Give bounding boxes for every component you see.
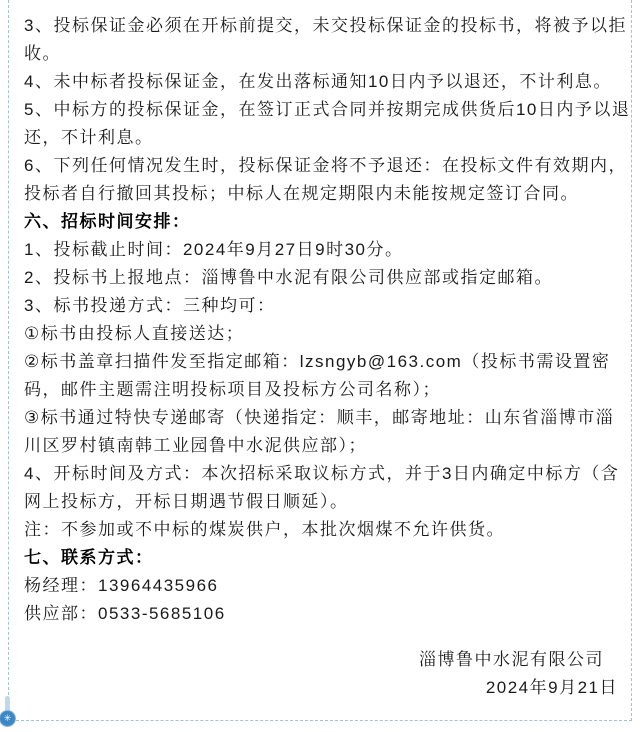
document-line: ③标书通过特快专递邮寄（快递指定：顺丰，邮寄地址：山东省淄博市淄: [0, 404, 642, 432]
document-line: 注：不参加或不中标的煤炭供户，本批次烟煤不允许供货。: [0, 516, 642, 544]
document-content: 3、投标保证金必须在开标前提交，未交投标保证金的投标书，将被予以拒收。4、未中标…: [0, 12, 642, 702]
document-line: 4、未中标者投标保证金，在发出落标通知10日内予以退还，不计利息。: [0, 68, 642, 96]
document-line: 投标者自行撤回其投标；中标人在规定期限内未能按规定签订合同。: [0, 180, 642, 208]
signature-date: 2024年9月21日: [0, 674, 642, 702]
document-line: 2、投标书上报地点：淄博鲁中水泥有限公司供应部或指定邮箱。: [0, 264, 642, 292]
signature-company: 淄博鲁中水泥有限公司: [0, 646, 642, 674]
document-line: 3、标书投递方式：三种均可：: [0, 292, 642, 320]
section-heading-7: 七、联系方式：: [0, 544, 642, 572]
document-line: 还，不计利息。: [0, 124, 642, 152]
frame-dashed-border-right: [631, 0, 632, 721]
selection-handle-icon[interactable]: ✳: [0, 711, 15, 726]
contact-manager-phone: 杨经理：13964435966: [0, 572, 642, 600]
document-line: 4、开标时间及方式：本次招标采取议标方式，并于3日内确定中标方（含: [0, 460, 642, 488]
frame-dashed-border-left: [8, 0, 9, 700]
asterisk-icon: ✳: [4, 713, 12, 723]
contact-supply-dept-phone: 供应部：0533-5685106: [0, 600, 642, 628]
document-line: 1、投标截止时间：2024年9月27日9时30分。: [0, 236, 642, 264]
document-line: 5、中标方的投标保证金，在签订正式合同并按期完成供货后10日内予以退: [0, 96, 642, 124]
document-line: 码，邮件主题需注明投标项目及投标方公司名称）；: [0, 376, 642, 404]
document-line: 3、投标保证金必须在开标前提交，未交投标保证金的投标书，将被予以拒: [0, 12, 642, 40]
section-heading-6: 六、招标时间安排：: [0, 208, 642, 236]
document-line: 收。: [0, 40, 642, 68]
frame-dashed-border-bottom: [16, 720, 632, 721]
document-line: ②标书盖章扫描件发至指定邮箱：lzsngyb@163.com（投标书需设置密: [0, 348, 642, 376]
document-page: 3、投标保证金必须在开标前提交，未交投标保证金的投标书，将被予以拒收。4、未中标…: [0, 0, 642, 732]
document-line: 6、下列任何情况发生时，投标保证金将不予退还：在投标文件有效期内，: [0, 152, 642, 180]
document-line: 网上投标方，开标日期遇节假日顺延）。: [0, 488, 642, 516]
document-line: 川区罗村镇南韩工业园鲁中水泥供应部）；: [0, 432, 642, 460]
document-line: ①标书由投标人直接送达；: [0, 320, 642, 348]
